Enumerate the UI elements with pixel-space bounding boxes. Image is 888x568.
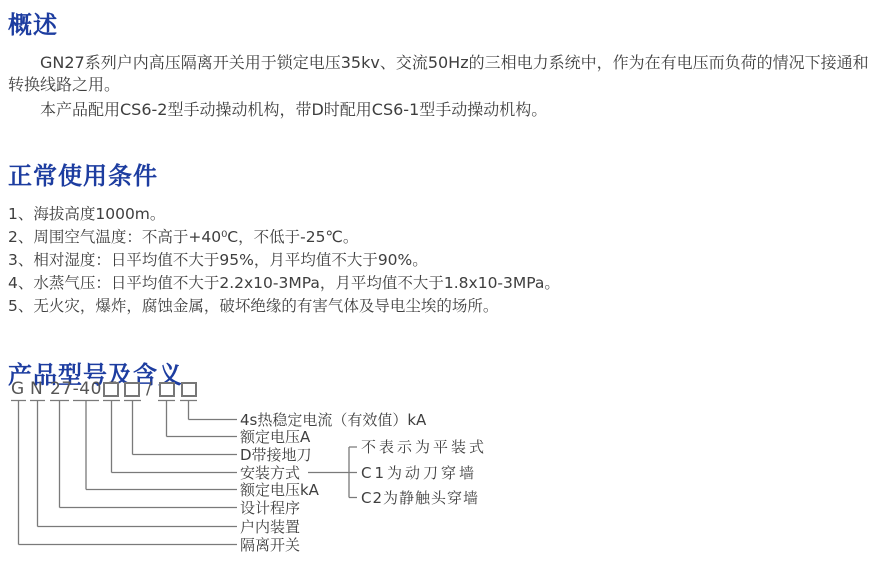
diagram-label-earthing-knife: D带接地刀 (240, 446, 312, 464)
placeholder-box (103, 382, 119, 397)
condition-item: 4、水蒸气压：日平均值不大于2.2x10-3MPa，月平均值不大于1.8x10-… (8, 272, 882, 295)
conditions-heading: 正常使用条件 (8, 161, 882, 191)
condition-item: 5、无火灾，爆炸，腐蚀金属，破坏绝缘的有害气体及导电尘埃的场所。 (8, 295, 882, 318)
diagram-label-rated-voltage-ka: 额定电压kA (240, 481, 319, 499)
condition-item: 1、海拔高度1000m。 (8, 203, 882, 226)
placeholder-box (159, 382, 175, 397)
diagram-label-rated-voltage-a: 额定电压A (240, 428, 310, 446)
diagram-label-thermal-current: 4s热稳定电流（有效值）kA (240, 411, 426, 429)
diagram-branch-flat-mounted: 不表示为平装式 (361, 438, 487, 456)
condition-item: 3、相对湿度：日平均值不大于95%，月平均值不大于90%。 (8, 249, 882, 272)
overview-heading: 概述 (8, 0, 882, 40)
model-code-series-letter: G (11, 380, 24, 398)
placeholder-box (124, 382, 140, 397)
diagram-label-indoor-device: 户内装置 (240, 518, 300, 536)
model-code-slash: / (146, 380, 152, 398)
document-page: 概述 GN27系列户内高压隔离开关用于锁定电压35kv、交流50Hz的三相电力系… (0, 0, 888, 568)
model-designation-diagram: G N 27-40.5 / 4s热稳定电流（有效值）kA 额定电压A D带接地刀… (0, 378, 888, 568)
diagram-label-design-series: 设计程序 (240, 499, 300, 517)
model-code-indoor-letter: N (30, 380, 43, 398)
diagram-branch-c2-wall: C2为静触头穿墙 (361, 489, 479, 507)
placeholder-box (181, 382, 197, 397)
overview-paragraph-2: 本产品配用CS6-2型手动操动机构，带D时配用CS6-1型手动操动机构。 (8, 99, 880, 121)
diagram-label-mounting-type: 安装方式 (240, 464, 300, 482)
overview-paragraph-1: GN27系列户内高压隔离开关用于锁定电压35kv、交流50Hz的三相电力系统中，… (8, 52, 880, 96)
diagram-label-disconnector: 隔离开关 (240, 536, 300, 554)
conditions-list: 1、海拔高度1000m。 2、周围空气温度：不高于+40⁰C，不低于-25℃。 … (8, 203, 882, 318)
diagram-branch-c1-wall: C1为动刀穿墙 (361, 464, 477, 482)
condition-item: 2、周围空气温度：不高于+40⁰C，不低于-25℃。 (8, 226, 882, 249)
